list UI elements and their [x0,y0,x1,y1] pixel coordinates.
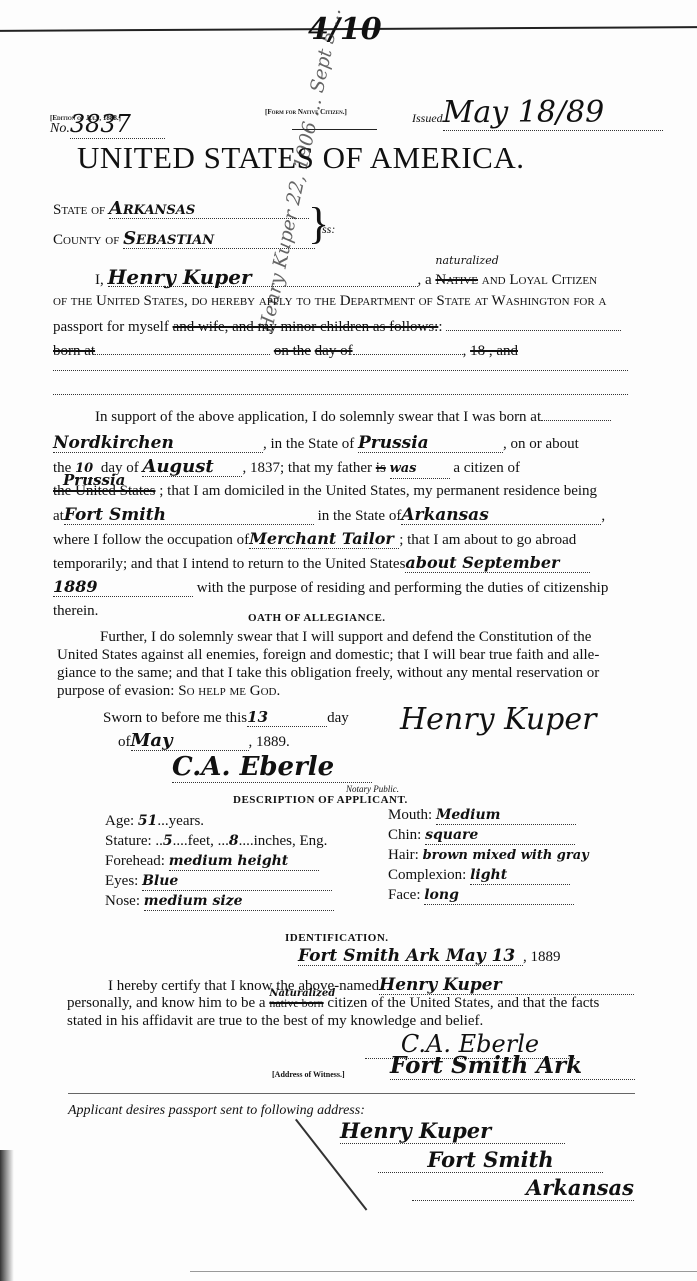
birthplace: Nordkirchen [53,434,263,453]
chin-label: Chin: [388,827,421,843]
passport-for-myself: passport for myself [53,319,169,335]
stature-feet: 5 [163,833,173,849]
eyes-label: Eyes: [105,873,138,889]
certify-text: I hereby certify that I know the above-n… [108,978,379,994]
number-value: 3837 [70,110,165,139]
naturalized-insert: Naturalized [269,985,335,1003]
at-label: at [53,508,64,524]
sworn-month: May [131,732,249,751]
domiciled-text: ; that I am domiciled in the United Stat… [159,483,597,499]
hair-value: brown mixed with gray [423,848,589,863]
complexion-label: Complexion: [388,867,466,883]
witness-address: Fort Smith Ark [390,1052,635,1080]
certify-line-3: stated in his affidavit are true to the … [67,1012,483,1030]
purpose-text: with the purpose of residing and perform… [197,580,609,596]
mailing-line-2: Fort Smith [378,1147,603,1173]
birthplace-line: Nordkirchen, in the State of Prussia, on… [53,434,579,453]
sworn-line: Sworn to before me this13day [103,708,349,727]
apply-line: of the United States, do hereby apply to… [53,292,606,310]
section-divider [68,1093,635,1094]
inches-label: inches, Eng. [254,833,328,849]
face-row: Face: long [388,886,589,906]
age-suffix: years. [169,813,204,829]
oath-line-2: United States against all enemies, forei… [57,646,599,664]
stature-row: Stature: ..5....feet, ...8....inches, En… [105,832,334,852]
abroad-text: ; that I am about to go abroad [399,532,576,548]
complexion-row: Complexion: light [388,866,589,886]
return-line: temporarily; and that I intend to return… [53,554,590,573]
certify-line-2: personally, and know him to be a Natural… [67,994,599,1012]
oath-heading: OATH OF ALLEGIANCE. [248,612,386,624]
occupation-label: where I follow the occupation of [53,532,249,548]
born-at-line: born at on the day of, 18 , and [53,342,518,360]
chin-row: Chin: square [388,826,589,846]
blank-line-2 [53,394,628,395]
citizen-insert: naturalized [435,252,498,270]
description-left: Age: 51...years. Stature: ..5....feet, .… [105,812,334,912]
i-label: I, [95,272,104,288]
applicant-name: Henry Kuper [108,268,418,287]
residence-state: Arkansas [401,506,601,525]
stature-label: Stature: [105,833,152,849]
sworn-label: Sworn to before me this [103,710,247,726]
age-row: Age: 51...years. [105,812,334,832]
age-value: 51 [138,813,157,829]
description-right: Mouth: Medium Chin: square Hair: brown m… [388,806,589,906]
so-help-me-god: So help me God. [178,683,280,699]
issued-label: Issued [412,111,443,125]
residence-line: atFort Smith in the State ofArkansas, [53,506,605,525]
complexion-value: light [470,866,570,885]
face-value: long [424,886,574,905]
issued-value: May 18/89 [443,95,663,131]
forehead-label: Forehead: [105,853,165,869]
identification-heading: IDENTIFICATION. [285,932,389,944]
identification-place-date: Fort Smith Ark May 13, 1889 [298,947,561,966]
father-country: Prussia [63,471,125,489]
support-intro-text: In support of the above application, I d… [95,409,541,425]
therein: therein. [53,602,98,620]
in-state-label: in the State of [318,508,402,524]
passport-for-line: passport for myself and wife, and my min… [53,318,621,336]
mailing-line-3: Arkansas [412,1175,634,1201]
feet-label: feet, [188,833,214,849]
father-is-struck: is [376,460,386,476]
id-year: 1889 [531,949,561,965]
sworn-day: 13 [247,708,327,727]
number-label: No. [50,121,70,136]
sworn-day-label: day [327,710,349,726]
return-year: 1889 [53,578,193,597]
return-when: about September [405,554,590,573]
residence-city: Fort Smith [64,506,314,525]
county-label: County of [53,232,119,248]
born-at-struck: born at [53,343,95,359]
oath-line-3: giance to the same; and that I take this… [57,664,599,682]
face-label: Face: [388,887,420,903]
state-label: State of [53,202,105,218]
hair-label: Hair: [388,847,419,863]
father-text: ; that my father [280,460,372,476]
id-place-date: Fort Smith Ark May 13 [298,947,523,966]
state-of-label: in the State of [271,436,355,452]
of-label: of [118,734,131,750]
eyes-row: Eyes: Blue [105,872,334,892]
on-or-about: , on or about [503,436,579,452]
birth-month: August [142,458,242,477]
mouth-row: Mouth: Medium [388,806,589,826]
occupation: Merchant Tailor [249,530,399,549]
domicile-line: Prussia the United States ; that I am do… [53,482,597,500]
application-number: No.3837 [50,110,165,139]
address-of-witness-label: [Address of Witness.] [272,1070,345,1079]
citizen-struck: Native [435,272,478,288]
state-field: State of Arkansas [53,200,309,219]
description-heading: DESCRIPTION OF APPLICANT. [233,794,408,806]
applicant-signature: Henry Kuper [400,702,596,737]
oath-line-1: Further, I do solemnly swear that I will… [100,628,591,646]
purpose-line: 1889 with the purpose of residing and pe… [53,578,608,597]
applicant-line: I, Henry Kuper, a naturalized Native and… [95,268,597,289]
nose-value: medium size [144,892,334,911]
sworn-month-line: ofMay, 1889. [118,732,290,751]
mailing-line-1: Henry Kuper [340,1118,565,1144]
issued-date: IssuedMay 18/89 [412,95,663,131]
day-of-struck: day of [315,343,353,359]
forehead-value: medium height [169,852,319,871]
blank-line-1 [53,370,628,371]
minor-children-struck: and wife, and my minor children as follo… [173,319,439,335]
occupation-line: where I follow the occupation ofMerchant… [53,530,576,549]
oath-evasion: purpose of evasion: [57,683,174,699]
nose-row: Nose: medium size [105,892,334,912]
sworn-year: 1889. [256,734,290,750]
page-binding-edge [0,1150,14,1281]
certify-text-2a: personally, and know him to be a [67,995,266,1011]
certified-name: Henry Kuper [379,976,634,995]
on-the-struck: on the [274,343,311,359]
year-and-struck: 18 , and [470,343,518,359]
birth-year: 1837 [250,460,280,476]
birth-state: Prussia [358,434,503,453]
mouth-label: Mouth: [388,807,432,823]
notary-signature: C.A. Eberle [172,752,372,783]
passport-application-page: 4/10 [Edition of July, 1888.] [Form for … [0,0,697,1281]
support-intro: In support of the above application, I d… [95,408,611,426]
ss-label: ss: [322,222,335,237]
certify-text-2b: citizen of the United States, and that t… [327,995,599,1011]
stature-inches: 8 [229,833,239,849]
mailing-label: Applicant desires passport sent to follo… [68,1103,365,1119]
page-bottom-edge [190,1271,697,1272]
eyes-value: Blue [142,872,332,891]
father-was: was [390,460,450,479]
certify-line-1: I hereby certify that I know the above-n… [108,976,634,995]
citizen-of: a citizen of [453,460,520,476]
chin-value: square [425,826,575,845]
citizen-text: and Loyal Citizen [482,272,597,288]
forehead-row: Forehead: medium height [105,852,334,872]
nose-label: Nose: [105,893,140,909]
age-label: Age: [105,813,134,829]
mouth-value: Medium [436,806,576,825]
notary-label: Notary Public. [346,784,399,794]
return-text: temporarily; and that I intend to return… [53,556,405,572]
hair-row: Hair: brown mixed with gray [388,846,589,866]
oath-line-4: purpose of evasion: So help me God. [57,682,280,700]
